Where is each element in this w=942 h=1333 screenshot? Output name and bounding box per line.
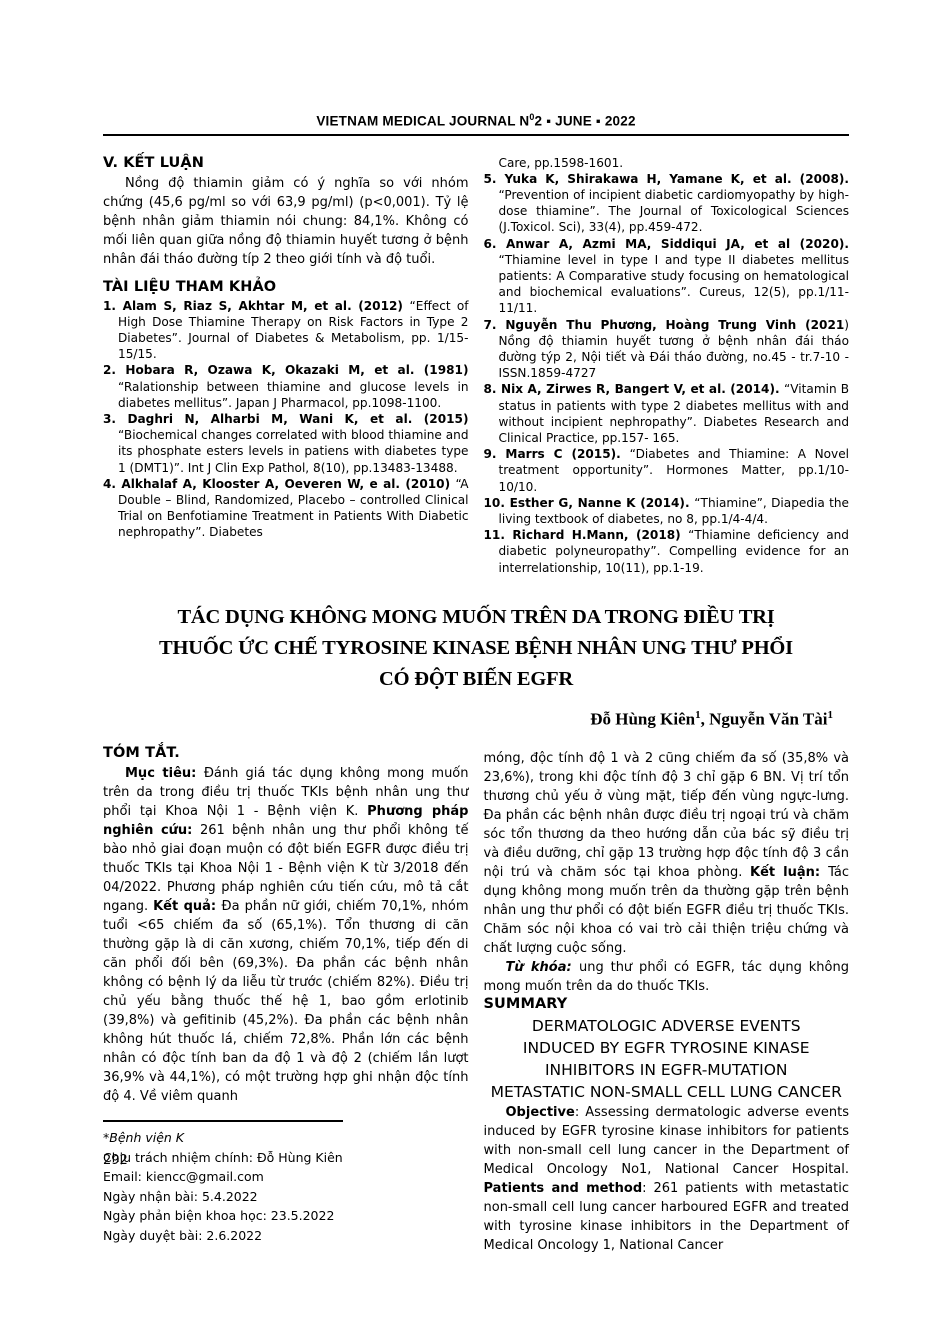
journal-running-head: VIETNAM MEDICAL JOURNAL N02 ▪ JUNE ▪ 202… — [103, 112, 849, 136]
reference-item: 3. Daghri N, Alharbi M, Wani K, et al. (… — [103, 411, 469, 476]
abstract-heading: TÓM TẮT. — [103, 745, 469, 761]
summary-title-line: METASTATIC NON-SMALL CELL LUNG CANCER — [484, 1081, 850, 1103]
footnote-affiliation: *Bệnh viện K — [103, 1128, 469, 1148]
abstract-paragraph-left: Mục tiêu: Đánh giá tác dụng không mong m… — [103, 764, 469, 1106]
summary-heading: SUMMARY — [484, 996, 850, 1012]
footnote-line: Ngày duyệt bài: 2.6.2022 — [103, 1226, 469, 1246]
abstract-section: TÓM TẮT. Mục tiêu: Đánh giá tác dụng khô… — [103, 745, 849, 1255]
reference-item: 1. Alam S, Riaz S, Akhtar M, et al. (201… — [103, 298, 469, 363]
left-column-top: V. KẾT LUẬN Nồng độ thiamin giảm có ý ng… — [103, 151, 469, 576]
footnote-line: Ngày phản biện khoa học: 23.5.2022 — [103, 1206, 469, 1226]
page-content: VIETNAM MEDICAL JOURNAL N02 ▪ JUNE ▪ 202… — [103, 112, 849, 1255]
summary-title-line: INHIBITORS IN EGFR-MUTATION — [484, 1059, 850, 1081]
references-section: V. KẾT LUẬN Nồng độ thiamin giảm có ý ng… — [103, 151, 849, 576]
article-title-line: TÁC DỤNG KHÔNG MONG MUỐN TRÊN DA TRONG Đ… — [103, 602, 849, 633]
reference-item: 9. Marrs C (2015). “Diabetes and Thiamin… — [484, 446, 850, 495]
summary-title-line: INDUCED BY EGFR TYROSINE KINASE — [484, 1037, 850, 1059]
footnote-line: Email: kiencc@gmail.com — [103, 1167, 469, 1187]
summary-paragraph: Objective: Assessing dermatologic advers… — [484, 1103, 850, 1255]
reference-item: 6. Anwar A, Azmi MA, Siddiqui JA, et al … — [484, 236, 850, 317]
page-number: 292 — [103, 1153, 128, 1168]
left-column-abstract: TÓM TẮT. Mục tiêu: Đánh giá tác dụng khô… — [103, 745, 469, 1255]
reference-item: 2. Hobara R, Ozawa K, Okazaki M, et al. … — [103, 362, 469, 411]
reference-item: 10. Esther G, Nanne K (2014). “Thiamine”… — [484, 495, 850, 527]
footnote-line: Ngày nhận bài: 5.4.2022 — [103, 1187, 469, 1207]
article-title: TÁC DỤNG KHÔNG MONG MUỐN TRÊN DA TRONG Đ… — [103, 602, 849, 695]
reference-item: 8. Nix A, Zirwes R, Bangert V, et al. (2… — [484, 381, 850, 446]
summary-title-line: DERMATOLOGIC ADVERSE EVENTS — [484, 1015, 850, 1037]
keywords-paragraph: Từ khóa: ung thư phổi có EGFR, tác dụng … — [484, 958, 850, 996]
reference-item: 7. Nguyễn Thu Phương, Hoàng Trung Vinh (… — [484, 317, 850, 382]
right-column-abstract: móng, độc tính độ 1 và 2 cũng chiếm đa s… — [484, 745, 850, 1255]
conclusion-paragraph: Nồng độ thiamin giảm có ý nghĩa so với n… — [103, 174, 469, 269]
article-title-line: THUỐC ỨC CHẾ TYROSINE KINASE BỆNH NHÂN U… — [103, 633, 849, 664]
reference-item: 5. Yuka K, Shirakawa H, Yamane K, et al.… — [484, 171, 850, 236]
reference-item: 4. Alkhalaf A, Klooster A, Oeveren W, e … — [103, 476, 469, 541]
reference-item: 11. Richard H.Mann, (2018) “Thiamine def… — [484, 527, 850, 576]
article-authors: Đỗ Hùng Kiên1, Nguyễn Văn Tài1 — [103, 709, 849, 730]
journal-page: VIETNAM MEDICAL JOURNAL N02 ▪ JUNE ▪ 202… — [0, 0, 942, 1333]
references-heading: TÀI LIỆU THAM KHẢO — [103, 279, 469, 295]
right-column-top: Care, pp.1598-1601. 5. Yuka K, Shirakawa… — [484, 151, 850, 576]
footnote-block: *Bệnh viện K Chịu trách nhiệm chính: Đỗ … — [103, 1120, 469, 1245]
abstract-paragraph-right: móng, độc tính độ 1 và 2 cũng chiếm đa s… — [484, 749, 850, 958]
reference-carryover: Care, pp.1598-1601. — [484, 155, 850, 171]
footnote-divider — [103, 1120, 343, 1122]
references-list-left: 1. Alam S, Riaz S, Akhtar M, et al. (201… — [103, 298, 469, 541]
footnote-line: Chịu trách nhiệm chính: Đỗ Hùng Kiên — [103, 1148, 469, 1168]
article-title-line: CÓ ĐỘT BIẾN EGFR — [103, 664, 849, 695]
conclusion-heading: V. KẾT LUẬN — [103, 155, 469, 171]
references-list-right: Care, pp.1598-1601. 5. Yuka K, Shirakawa… — [484, 155, 850, 576]
summary-title: DERMATOLOGIC ADVERSE EVENTS INDUCED BY E… — [484, 1015, 850, 1103]
